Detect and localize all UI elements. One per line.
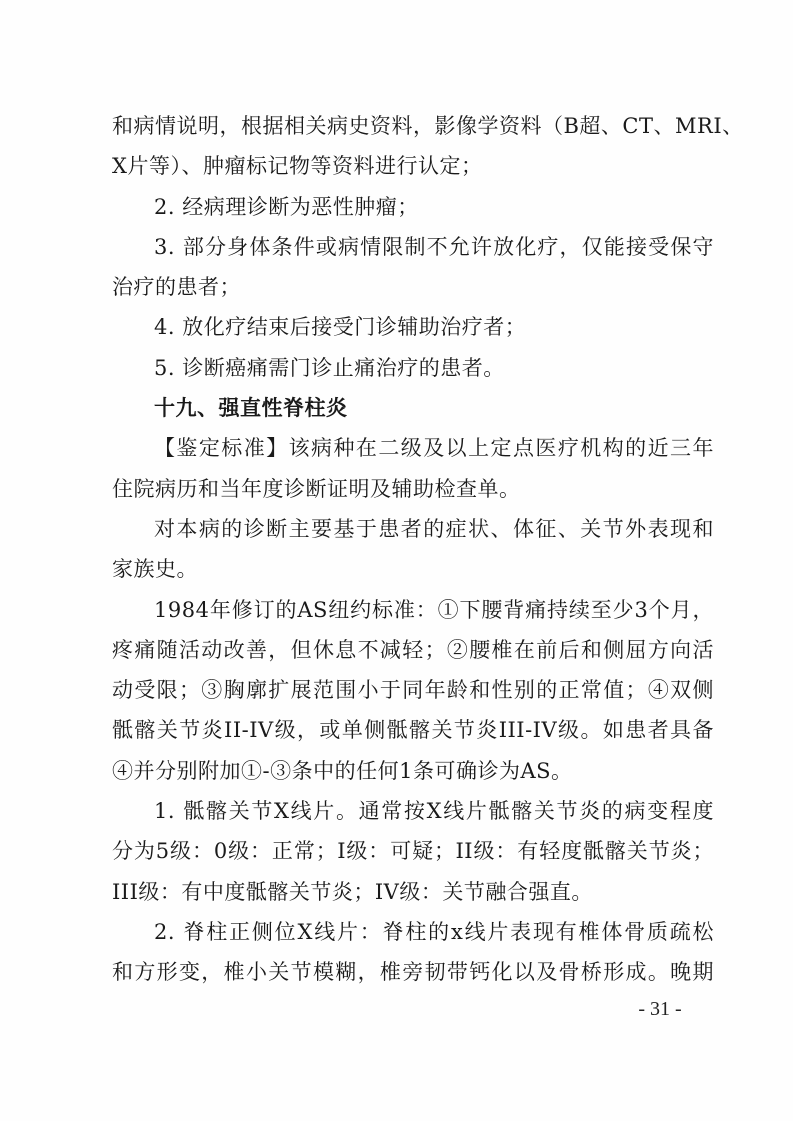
section-heading: 十九、强直性脊柱炎 — [112, 388, 714, 428]
page-number: - 31 - — [620, 998, 700, 1021]
paragraph-line: 和方形变，椎小关节模糊，椎旁韧带钙化以及骨桥形成。晚期 — [112, 952, 714, 992]
document-body: 和病情说明，根据相关病史资料，影像学资料（B超、CT、MRI、 X片等）、肿瘤标… — [112, 106, 714, 993]
paragraph-line: 1984年修订的AS纽约标准：①下腰背痛持续至少3个月， — [112, 590, 714, 630]
paragraph-line: 家族史。 — [112, 549, 714, 589]
paragraph-line: 【鉴定标准】该病种在二级及以上定点医疗机构的近三年 — [112, 428, 714, 468]
paragraph-line: 骶髂关节炎II-IV级，或单侧骶髂关节炎III-IV级。如患者具备 — [112, 710, 714, 750]
text-line: 治疗的患者； — [112, 267, 714, 307]
list-item: 5. 诊断癌痛需门诊止痛治疗的患者。 — [112, 348, 714, 388]
paragraph-line: 对本病的诊断主要基于患者的症状、体征、关节外表现和 — [112, 509, 714, 549]
text-line: 和病情说明，根据相关病史资料，影像学资料（B超、CT、MRI、 — [112, 106, 714, 146]
list-item: 2. 脊柱正侧位X线片：脊柱的x线片表现有椎体骨质疏松 — [112, 912, 714, 952]
document-page: 和病情说明，根据相关病史资料，影像学资料（B超、CT、MRI、 X片等）、肿瘤标… — [0, 0, 793, 1121]
paragraph-line: 疼痛随活动改善，但休息不减轻；②腰椎在前后和侧屈方向活 — [112, 630, 714, 670]
list-item: 4. 放化疗结束后接受门诊辅助治疗者； — [112, 307, 714, 347]
paragraph-line: 分为5级：0级：正常；I级：可疑；II级：有轻度骶髂关节炎； — [112, 831, 714, 871]
list-item: 3. 部分身体条件或病情限制不允许放化疗，仅能接受保守 — [112, 227, 714, 267]
text-line: X片等）、肿瘤标记物等资料进行认定； — [112, 146, 714, 186]
paragraph-line: ④并分别附加①-③条中的任何1条可确诊为AS。 — [112, 751, 714, 791]
paragraph-line: III级：有中度骶髂关节炎；IV级：关节融合强直。 — [112, 872, 714, 912]
paragraph-line: 动受限；③胸廓扩展范围小于同年龄和性别的正常值；④双侧 — [112, 670, 714, 710]
paragraph-line: 住院病历和当年度诊断证明及辅助检查单。 — [112, 469, 714, 509]
list-item: 1. 骶髂关节X线片。通常按X线片骶髂关节炎的病变程度 — [112, 791, 714, 831]
list-item: 2. 经病理诊断为恶性肿瘤； — [112, 187, 714, 227]
